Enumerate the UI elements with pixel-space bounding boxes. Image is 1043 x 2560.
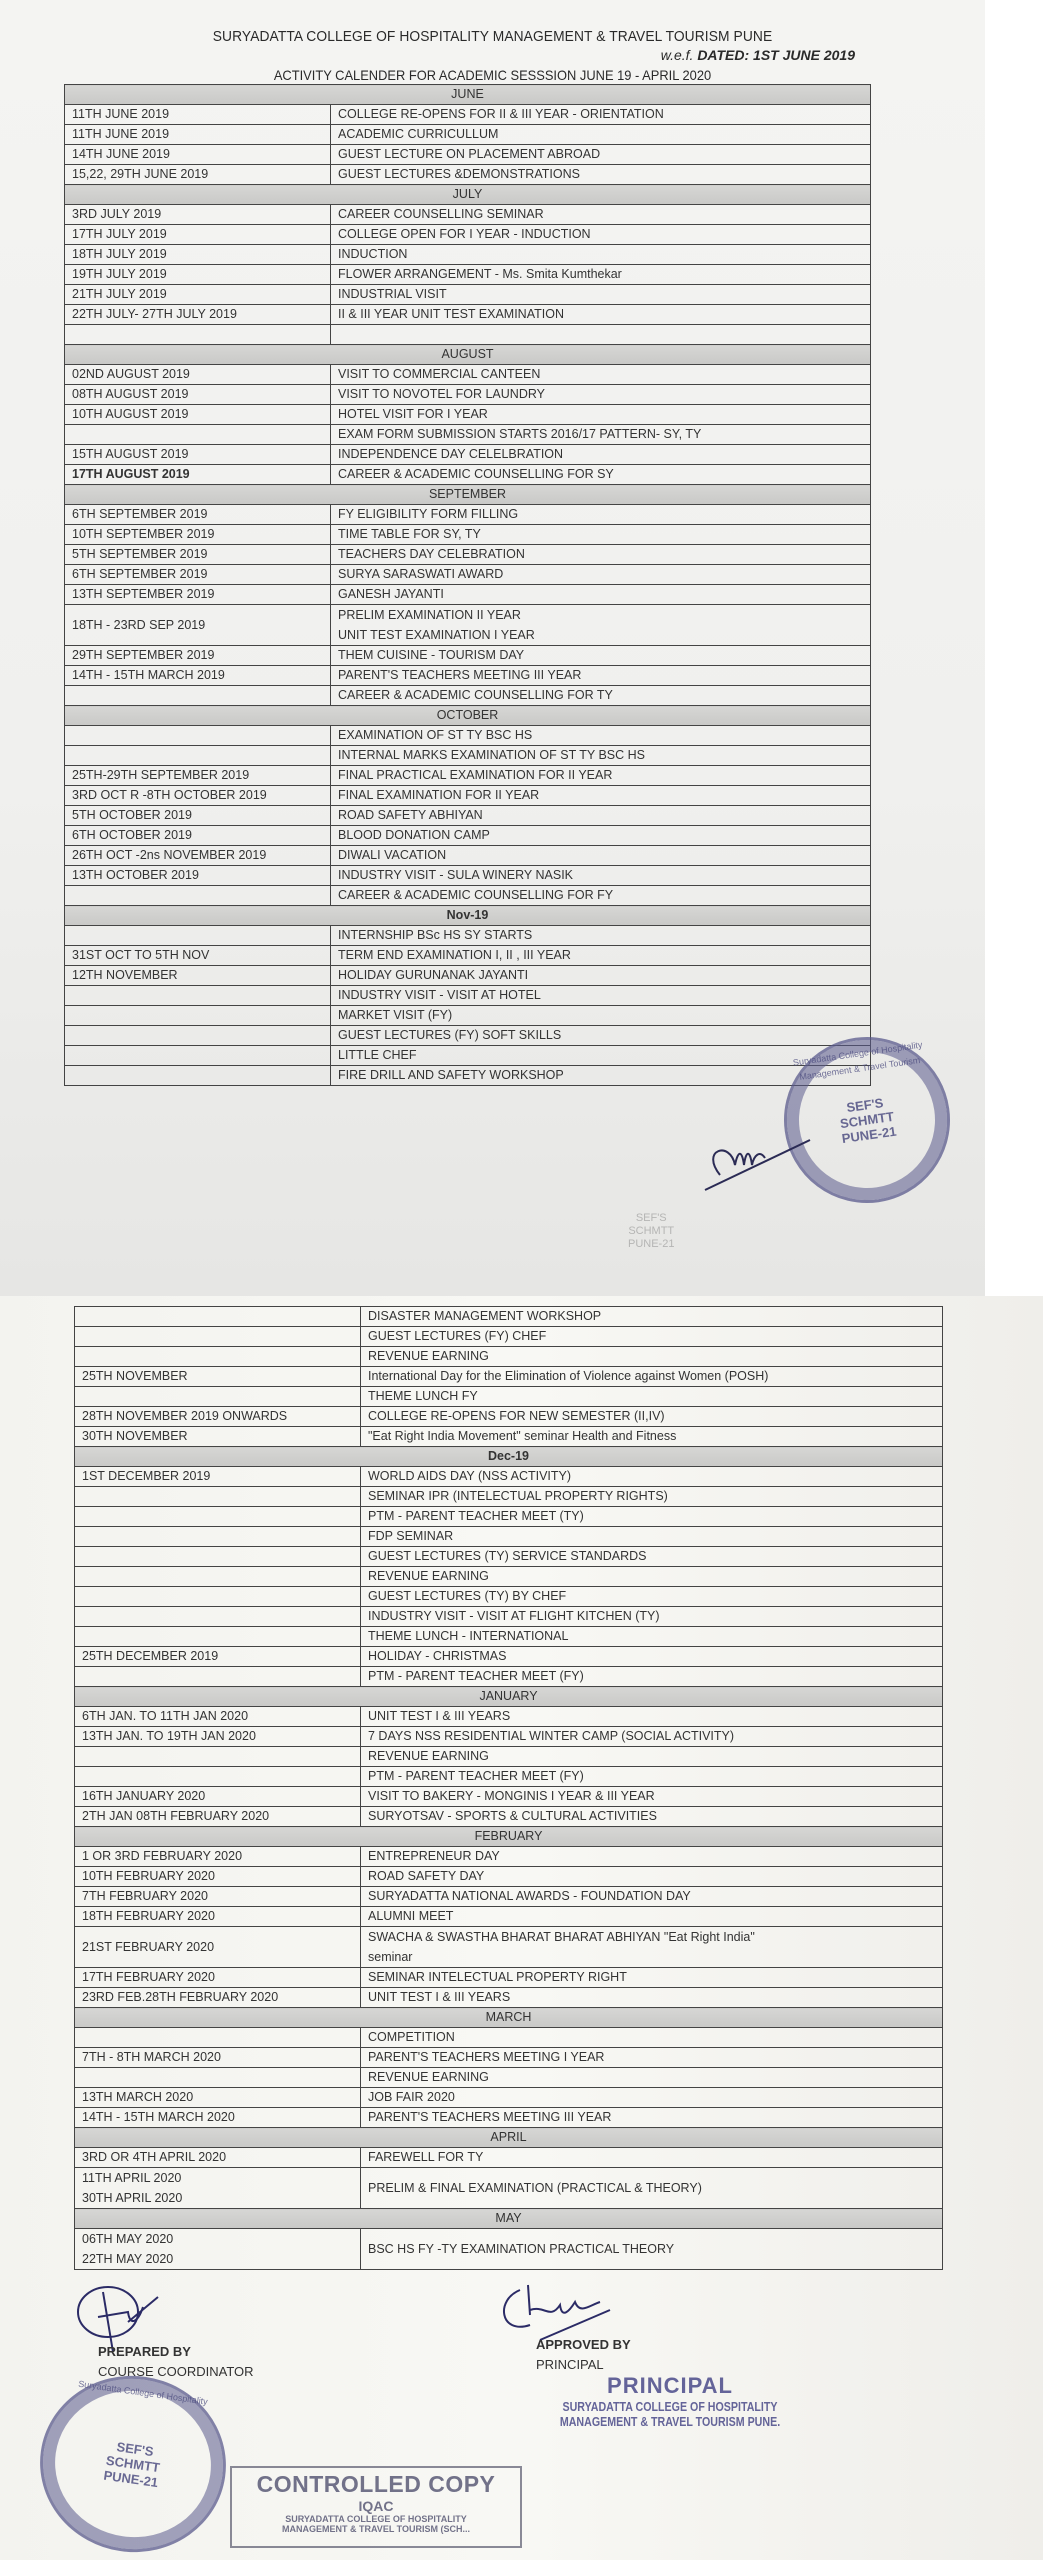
activity-cell: PTM - PARENT TEACHER MEET (TY) [361,1507,943,1527]
table-row: 18TH - 23RD SEP 2019PRELIM EXAMINATION I… [65,605,871,646]
month-header-row: MARCH [75,2008,943,2028]
date-cell: 22TH JULY- 27TH JULY 2019 [65,305,331,325]
ghost-stamp-line: SEF'S [628,1212,674,1225]
date-cell: 3RD OR 4TH APRIL 2020 [75,2148,361,2168]
date-cell: 7TH - 8TH MARCH 2020 [75,2048,361,2068]
activity-cell: SURYADATTA NATIONAL AWARDS - FOUNDATION … [361,1887,943,1907]
date-cell [65,1066,331,1086]
date-cell [75,2028,361,2048]
table-row: 25TH-29TH SEPTEMBER 2019FINAL PRACTICAL … [65,766,871,786]
month-header-row: JULY [65,185,871,205]
faint-stamp-impression: SEF'S SCHMTT PUNE-21 [628,1212,674,1251]
table-row: 22TH JULY- 27TH JULY 2019II & III YEAR U… [65,305,871,325]
table-row: 19TH JULY 2019FLOWER ARRANGEMENT - Ms. S… [65,265,871,285]
controlled-copy-title: CONTROLLED COPY [232,2471,520,2498]
table-row: 6TH JAN. TO 11TH JAN 2020UNIT TEST I & I… [75,1707,943,1727]
activity-cell: GUEST LECTURE ON PLACEMENT ABROAD [331,145,871,165]
table-row: 10TH SEPTEMBER 2019TIME TABLE FOR SY, TY [65,525,871,545]
table-row: 2TH JAN 08TH FEBRUARY 2020SURYOTSAV - SP… [75,1807,943,1827]
activity-cell: TEACHERS DAY CELEBRATION [331,545,871,565]
table-row: 12TH NOVEMBERHOLIDAY GURUNANAK JAYANTI [65,966,871,986]
date-cell: 16TH JANUARY 2020 [75,1787,361,1807]
calendar-page-1: SURYADATTA COLLEGE OF HOSPITALITY MANAGE… [0,0,985,1296]
date-cell: 19TH JULY 2019 [65,265,331,285]
date-cell [65,886,331,906]
date-cell [75,1747,361,1767]
date-line: 06TH MAY 2020 [82,2229,353,2249]
table-row: GUEST LECTURES (TY) BY CHEF [75,1587,943,1607]
table-row: CAREER & ACADEMIC COUNSELLING FOR TY [65,686,871,706]
table-row: 3RD OCT R -8TH OCTOBER 2019FINAL EXAMINA… [65,786,871,806]
wef-dated: DATED: 1ST JUNE 2019 [697,47,855,63]
activity-cell: DIWALI VACATION [331,846,871,866]
date-cell: 14TH JUNE 2019 [65,145,331,165]
activity-cell: TIME TABLE FOR SY, TY [331,525,871,545]
month-header: Dec-19 [75,1447,943,1467]
month-header-row: JANUARY [75,1687,943,1707]
date-cell [65,425,331,445]
table-row: INDUSTRY VISIT - VISIT AT HOTEL [65,986,871,1006]
activity-cell: CAREER & ACADEMIC COUNSELLING FOR FY [331,886,871,906]
activity-cell: INTERNAL MARKS EXAMINATION OF ST TY BSC … [331,746,871,766]
activity-cell: HOLIDAY GURUNANAK JAYANTI [331,966,871,986]
activity-cell: GUEST LECTURES (FY) SOFT SKILLS [331,1026,871,1046]
month-header: JULY [65,185,871,205]
activity-cell: PTM - PARENT TEACHER MEET (FY) [361,1767,943,1787]
approved-role-label: PRINCIPAL [536,2357,604,2372]
date-cell: 17TH FEBRUARY 2020 [75,1968,361,1988]
date-cell: 10TH FEBRUARY 2020 [75,1867,361,1887]
activity-cell: FAREWELL FOR TY [361,2148,943,2168]
date-cell: 31ST OCT TO 5TH NOV [65,946,331,966]
date-cell [65,325,331,345]
date-cell: 06TH MAY 202022TH MAY 2020 [75,2229,361,2270]
table-row: 13TH SEPTEMBER 2019GANESH JAYANTI [65,585,871,605]
table-row: 15,22, 29TH JUNE 2019GUEST LECTURES &DEM… [65,165,871,185]
activity-cell: SURYOTSAV - SPORTS & CULTURAL ACTIVITIES [361,1807,943,1827]
month-header: JANUARY [75,1687,943,1707]
table-row: 11TH JUNE 2019COLLEGE RE-OPENS FOR II & … [65,105,871,125]
table-row [65,325,871,345]
activity-cell: THEME LUNCH - INTERNATIONAL [361,1627,943,1647]
table-row: 17TH JULY 2019COLLEGE OPEN FOR I YEAR - … [65,225,871,245]
activity-cell: COLLEGE RE-OPENS FOR II & III YEAR - ORI… [331,105,871,125]
principal-stamp: PRINCIPAL SURYADATTA COLLEGE OF HOSPITAL… [510,2373,830,2429]
month-header-row: OCTOBER [65,706,871,726]
date-cell [65,1006,331,1026]
date-line: 22TH MAY 2020 [82,2249,353,2269]
date-cell [65,1046,331,1066]
activity-cell: GUEST LECTURES (FY) CHEF [361,1327,943,1347]
table-row: 7TH - 8TH MARCH 2020PARENT'S TEACHERS ME… [75,2048,943,2068]
table-row: 13TH MARCH 2020JOB FAIR 2020 [75,2088,943,2108]
table-row: EXAM FORM SUBMISSION STARTS 2016/17 PATT… [65,425,871,445]
activity-cell: REVENUE EARNING [361,1747,943,1767]
month-header-row: AUGUST [65,345,871,365]
date-cell [65,986,331,1006]
date-cell: 3RD OCT R -8TH OCTOBER 2019 [65,786,331,806]
activity-cell: SWACHA & SWASTHA BHARAT BHARAT ABHIYAN "… [361,1927,943,1968]
month-header: MAY [75,2209,943,2229]
date-cell: 13TH JAN. TO 19TH JAN 2020 [75,1727,361,1747]
activity-cell: HOLIDAY - CHRISTMAS [361,1647,943,1667]
date-cell: 15TH AUGUST 2019 [65,445,331,465]
table-row: 14TH JUNE 2019GUEST LECTURE ON PLACEMENT… [65,145,871,165]
activity-cell: ROAD SAFETY DAY [361,1867,943,1887]
date-cell [75,1347,361,1367]
table-row: EXAMINATION OF ST TY BSC HS [65,726,871,746]
activity-cell: THEM CUISINE - TOURISM DAY [331,646,871,666]
activity-cell: REVENUE EARNING [361,2068,943,2088]
table-row: 14TH - 15TH MARCH 2019PARENT'S TEACHERS … [65,666,871,686]
date-cell [75,1547,361,1567]
activity-cell: UNIT TEST I & III YEARS [361,1988,943,2008]
date-cell: 11TH APRIL 202030TH APRIL 2020 [75,2168,361,2209]
table-row: GUEST LECTURES (FY) SOFT SKILLS [65,1026,871,1046]
activity-cell: INDUSTRY VISIT - VISIT AT HOTEL [331,986,871,1006]
activity-cell: EXAMINATION OF ST TY BSC HS [331,726,871,746]
table-row: 18TH FEBRUARY 2020ALUMNI MEET [75,1907,943,1927]
table-row: 13TH OCTOBER 2019INDUSTRY VISIT - SULA W… [65,866,871,886]
activity-cell: INDUCTION [331,245,871,265]
month-header: AUGUST [65,345,871,365]
date-cell [75,1587,361,1607]
table-row: REVENUE EARNING [75,1747,943,1767]
table-row: 31ST OCT TO 5TH NOVTERM END EXAMINATION … [65,946,871,966]
controlled-copy-sub: IQAC [232,2498,520,2514]
date-cell: 10TH SEPTEMBER 2019 [65,525,331,545]
activity-cell: SEMINAR IPR (INTELECTUAL PROPERTY RIGHTS… [361,1487,943,1507]
table-row: CAREER & ACADEMIC COUNSELLING FOR FY [65,886,871,906]
date-cell: 08TH AUGUST 2019 [65,385,331,405]
table-row: 6TH SEPTEMBER 2019FY ELIGIBILITY FORM FI… [65,505,871,525]
table-row: 13TH JAN. TO 19TH JAN 20207 DAYS NSS RES… [75,1727,943,1747]
activity-cell: SEMINAR INTELECTUAL PROPERTY RIGHT [361,1968,943,1988]
table-row: 11TH APRIL 202030TH APRIL 2020PRELIM & F… [75,2168,943,2209]
date-cell: 3RD JULY 2019 [65,205,331,225]
controlled-copy-line: MANAGEMENT & TRAVEL TOURISM (SCH... [232,2524,520,2534]
effective-date: w.e.f. DATED: 1ST JUNE 2019 [661,47,855,63]
activity-line: SWACHA & SWASTHA BHARAT BHARAT ABHIYAN "… [368,1927,935,1947]
table-row: 7TH FEBRUARY 2020SURYADATTA NATIONAL AWA… [75,1887,943,1907]
activity-table-part-1: JUNE11TH JUNE 2019COLLEGE RE-OPENS FOR I… [64,84,871,1086]
table-row: 25TH NOVEMBERInternational Day for the E… [75,1367,943,1387]
table-row: FIRE DRILL AND SAFETY WORKSHOP [65,1066,871,1086]
activity-cell: PRELIM EXAMINATION II YEARUNIT TEST EXAM… [331,605,871,646]
activity-cell: ACADEMIC CURRICULLUM [331,125,871,145]
approved-by-label: APPROVED BY [536,2337,631,2352]
activity-cell: COLLEGE RE-OPENS FOR NEW SEMESTER (II,IV… [361,1407,943,1427]
date-cell: 5TH SEPTEMBER 2019 [65,545,331,565]
activity-cell: SURYA SARASWATI AWARD [331,565,871,585]
date-cell [75,1607,361,1627]
table-row: 11TH JUNE 2019ACADEMIC CURRICULLUM [65,125,871,145]
table-row: REVENUE EARNING [75,1347,943,1367]
date-cell: 2TH JAN 08TH FEBRUARY 2020 [75,1807,361,1827]
table-row: 21TH JULY 2019INDUSTRIAL VISIT [65,285,871,305]
table-row: REVENUE EARNING [75,2068,943,2088]
activity-cell: INTERNSHIP BSc HS SY STARTS [331,926,871,946]
date-cell [65,746,331,766]
table-row: 17TH AUGUST 2019CAREER & ACADEMIC COUNSE… [65,465,871,485]
table-row: MARKET VISIT (FY) [65,1006,871,1026]
table-row: FDP SEMINAR [75,1527,943,1547]
table-row: 29TH SEPTEMBER 2019THEM CUISINE - TOURIS… [65,646,871,666]
table-row: THEME LUNCH - INTERNATIONAL [75,1627,943,1647]
principal-signature-icon [700,1120,820,1200]
table-row: SEMINAR IPR (INTELECTUAL PROPERTY RIGHTS… [75,1487,943,1507]
date-cell: 30TH NOVEMBER [75,1427,361,1447]
table-row: INTERNSHIP BSc HS SY STARTS [65,926,871,946]
date-cell: 13TH OCTOBER 2019 [65,866,331,886]
date-cell [75,1307,361,1327]
controlled-copy-line: SURYADATTA COLLEGE OF HOSPITALITY [232,2514,520,2524]
month-header: JUNE [65,85,871,105]
month-header-row: APRIL [75,2128,943,2148]
table-row: 02ND AUGUST 2019VISIT TO COMMERCIAL CANT… [65,365,871,385]
activity-cell: ROAD SAFETY ABHIYAN [331,806,871,826]
activity-cell: PTM - PARENT TEACHER MEET (FY) [361,1667,943,1687]
date-cell [75,1327,361,1347]
activity-cell: 7 DAYS NSS RESIDENTIAL WINTER CAMP (SOCI… [361,1727,943,1747]
table-row: 23RD FEB.28TH FEBRUARY 2020UNIT TEST I &… [75,1988,943,2008]
table-row: 17TH FEBRUARY 2020SEMINAR INTELECTUAL PR… [75,1968,943,1988]
activity-cell: VISIT TO BAKERY - MONGINIS I YEAR & III … [361,1787,943,1807]
principal-stamp-line: MANAGEMENT & TRAVEL TOURISM PUNE. [539,2414,801,2429]
table-row: 06TH MAY 202022TH MAY 2020BSC HS FY -TY … [75,2229,943,2270]
activity-cell: GUEST LECTURES &DEMONSTRATIONS [331,165,871,185]
table-row: 25TH DECEMBER 2019HOLIDAY - CHRISTMAS [75,1647,943,1667]
table-row: 3RD JULY 2019CAREER COUNSELLING SEMINAR [65,205,871,225]
table-row: 28TH NOVEMBER 2019 ONWARDSCOLLEGE RE-OPE… [75,1407,943,1427]
activity-cell: FLOWER ARRANGEMENT - Ms. Smita Kumthekar [331,265,871,285]
calendar-subtitle: ACTIVITY CALENDER FOR ACADEMIC SESSSION … [39,67,945,83]
date-cell: 6TH JAN. TO 11TH JAN 2020 [75,1707,361,1727]
month-header-row: MAY [75,2209,943,2229]
date-cell [65,1026,331,1046]
activity-cell: VISIT TO COMMERCIAL CANTEEN [331,365,871,385]
activity-cell: REVENUE EARNING [361,1567,943,1587]
activity-cell: BSC HS FY -TY EXAMINATION PRACTICAL THEO… [361,2229,943,2270]
date-cell: 21TH JULY 2019 [65,285,331,305]
date-cell: 11TH JUNE 2019 [65,125,331,145]
activity-cell: ENTREPRENEUR DAY [361,1847,943,1867]
table-row: INTERNAL MARKS EXAMINATION OF ST TY BSC … [65,746,871,766]
date-cell [75,1767,361,1787]
activity-cell: BLOOD DONATION CAMP [331,826,871,846]
month-header-row: FEBRUARY [75,1827,943,1847]
activity-cell: COLLEGE OPEN FOR I YEAR - INDUCTION [331,225,871,245]
table-row: 5TH OCTOBER 2019ROAD SAFETY ABHIYAN [65,806,871,826]
activity-cell [331,325,871,345]
date-cell [75,1627,361,1647]
activity-cell: COMPETITION [361,2028,943,2048]
table-row: LITTLE CHEF [65,1046,871,1066]
date-cell: 1 OR 3RD FEBRUARY 2020 [75,1847,361,1867]
table-row: DISASTER MANAGEMENT WORKSHOP [75,1307,943,1327]
table-row: 3RD OR 4TH APRIL 2020FAREWELL FOR TY [75,2148,943,2168]
date-cell: 13TH MARCH 2020 [75,2088,361,2108]
date-line: 11TH APRIL 2020 [82,2168,353,2188]
date-cell: 25TH NOVEMBER [75,1367,361,1387]
month-header: Nov-19 [65,906,871,926]
date-cell: 29TH SEPTEMBER 2019 [65,646,331,666]
wef-prefix: w.e.f. [661,47,698,63]
activity-cell: PRELIM & FINAL EXAMINATION (PRACTICAL & … [361,2168,943,2209]
activity-cell: CAREER & ACADEMIC COUNSELLING FOR SY [331,465,871,485]
date-cell: 14TH - 15TH MARCH 2019 [65,666,331,686]
table-row: INDUSTRY VISIT - VISIT AT FLIGHT KITCHEN… [75,1607,943,1627]
table-row: PTM - PARENT TEACHER MEET (FY) [75,1767,943,1787]
month-header: APRIL [75,2128,943,2148]
table-row: GUEST LECTURES (TY) SERVICE STANDARDS [75,1547,943,1567]
table-row: 10TH FEBRUARY 2020ROAD SAFETY DAY [75,1867,943,1887]
date-cell: 11TH JUNE 2019 [65,105,331,125]
activity-cell: CAREER COUNSELLING SEMINAR [331,205,871,225]
activity-cell: PARENT'S TEACHERS MEETING III YEAR [331,666,871,686]
activity-line: UNIT TEST EXAMINATION I YEAR [338,625,863,645]
date-cell [75,2068,361,2088]
table-row: 1ST DECEMBER 2019WORLD AIDS DAY (NSS ACT… [75,1467,943,1487]
activity-cell: ALUMNI MEET [361,1907,943,1927]
activity-cell: EXAM FORM SUBMISSION STARTS 2016/17 PATT… [331,425,871,445]
date-cell: 18TH - 23RD SEP 2019 [65,605,331,646]
activity-cell: DISASTER MANAGEMENT WORKSHOP [361,1307,943,1327]
activity-cell: FDP SEMINAR [361,1527,943,1547]
month-header: FEBRUARY [75,1827,943,1847]
date-cell [75,1507,361,1527]
date-cell: 17TH JULY 2019 [65,225,331,245]
date-cell: 17TH AUGUST 2019 [65,465,331,485]
date-cell: 18TH FEBRUARY 2020 [75,1907,361,1927]
table-row: REVENUE EARNING [75,1567,943,1587]
activity-cell: FY ELIGIBILITY FORM FILLING [331,505,871,525]
month-header-row: Nov-19 [65,906,871,926]
date-cell: 10TH AUGUST 2019 [65,405,331,425]
table-row: 18TH JULY 2019INDUCTION [65,245,871,265]
table-row: 5TH SEPTEMBER 2019TEACHERS DAY CELEBRATI… [65,545,871,565]
table-row: 26TH OCT -2ns NOVEMBER 2019DIWALI VACATI… [65,846,871,866]
month-header: SEPTEMBER [65,485,871,505]
table-row: 30TH NOVEMBER"Eat Right India Movement" … [75,1427,943,1447]
table-row: 21ST FEBRUARY 2020SWACHA & SWASTHA BHARA… [75,1927,943,1968]
date-cell [75,1487,361,1507]
date-cell: 7TH FEBRUARY 2020 [75,1887,361,1907]
table-row: 6TH SEPTEMBER 2019SURYA SARASWATI AWARD [65,565,871,585]
activity-cell: INDUSTRIAL VISIT [331,285,871,305]
date-cell [65,686,331,706]
date-cell: 15,22, 29TH JUNE 2019 [65,165,331,185]
date-cell: 1ST DECEMBER 2019 [75,1467,361,1487]
activity-cell: FINAL PRACTICAL EXAMINATION FOR II YEAR [331,766,871,786]
table-row: 16TH JANUARY 2020VISIT TO BAKERY - MONGI… [75,1787,943,1807]
month-header-row: JUNE [65,85,871,105]
activity-cell: REVENUE EARNING [361,1347,943,1367]
table-row: PTM - PARENT TEACHER MEET (FY) [75,1667,943,1687]
date-cell: 6TH SEPTEMBER 2019 [65,505,331,525]
table-row: 1 OR 3RD FEBRUARY 2020ENTREPRENEUR DAY [75,1847,943,1867]
activity-line: PRELIM EXAMINATION II YEAR [338,605,863,625]
date-cell: 18TH JULY 2019 [65,245,331,265]
table-row: THEME LUNCH FY [75,1387,943,1407]
date-line: 30TH APRIL 2020 [82,2188,353,2208]
date-cell: 5TH OCTOBER 2019 [65,806,331,826]
table-row: 08TH AUGUST 2019VISIT TO NOVOTEL FOR LAU… [65,385,871,405]
ghost-stamp-line: PUNE-21 [628,1238,674,1251]
activity-cell: HOTEL VISIT FOR I YEAR [331,405,871,425]
activity-cell: GUEST LECTURES (TY) SERVICE STANDARDS [361,1547,943,1567]
activity-cell: WORLD AIDS DAY (NSS ACTIVITY) [361,1467,943,1487]
ghost-stamp-line: SCHMTT [628,1225,674,1238]
controlled-copy-stamp: CONTROLLED COPY IQAC SURYADATTA COLLEGE … [230,2466,522,2548]
principal-stamp-title: PRINCIPAL [510,2373,830,2399]
activity-cell: GANESH JAYANTI [331,585,871,605]
date-cell [65,926,331,946]
activity-cell: INDEPENDENCE DAY CELELBRATION [331,445,871,465]
date-cell: 12TH NOVEMBER [65,966,331,986]
college-title: SURYADATTA COLLEGE OF HOSPITALITY MANAGE… [39,28,945,45]
activity-cell: International Day for the Elimination of… [361,1367,943,1387]
activity-cell: INDUSTRY VISIT - SULA WINERY NASIK [331,866,871,886]
date-cell [65,726,331,746]
table-row: COMPETITION [75,2028,943,2048]
activity-cell: UNIT TEST I & III YEARS [361,1707,943,1727]
table-row: 10TH AUGUST 2019HOTEL VISIT FOR I YEAR [65,405,871,425]
date-cell: 23RD FEB.28TH FEBRUARY 2020 [75,1988,361,2008]
date-cell [75,1667,361,1687]
month-header-row: Dec-19 [75,1447,943,1467]
activity-table-part-2: DISASTER MANAGEMENT WORKSHOPGUEST LECTUR… [74,1306,943,2270]
prepared-by-label: PREPARED BY [98,2344,191,2359]
activity-cell: PARENT'S TEACHERS MEETING I YEAR [361,2048,943,2068]
table-row: 15TH AUGUST 2019INDEPENDENCE DAY CELELBR… [65,445,871,465]
date-cell [75,1567,361,1587]
table-row: 6TH OCTOBER 2019BLOOD DONATION CAMP [65,826,871,846]
date-cell [75,1387,361,1407]
activity-cell: TERM END EXAMINATION I, II , III YEAR [331,946,871,966]
activity-cell: CAREER & ACADEMIC COUNSELLING FOR TY [331,686,871,706]
date-cell: 28TH NOVEMBER 2019 ONWARDS [75,1407,361,1427]
activity-cell: FINAL EXAMINATION FOR II YEAR [331,786,871,806]
activity-cell: MARKET VISIT (FY) [331,1006,871,1026]
date-cell: 21ST FEBRUARY 2020 [75,1927,361,1968]
table-row: GUEST LECTURES (FY) CHEF [75,1327,943,1347]
activity-cell: "Eat Right India Movement" seminar Healt… [361,1427,943,1447]
date-cell: 25TH DECEMBER 2019 [75,1647,361,1667]
prepared-by-text: PREPARED BY [98,2344,191,2359]
activity-cell: PARENT'S TEACHERS MEETING III YEAR [361,2108,943,2128]
activity-cell: INDUSTRY VISIT - VISIT AT FLIGHT KITCHEN… [361,1607,943,1627]
approved-by-text: APPROVED BY [536,2337,631,2352]
activity-cell: GUEST LECTURES (TY) BY CHEF [361,1587,943,1607]
table-row: 14TH - 15TH MARCH 2020PARENT'S TEACHERS … [75,2108,943,2128]
date-cell: 6TH SEPTEMBER 2019 [65,565,331,585]
date-cell: 26TH OCT -2ns NOVEMBER 2019 [65,846,331,866]
date-cell [75,1527,361,1547]
table-row: PTM - PARENT TEACHER MEET (TY) [75,1507,943,1527]
date-cell: 02ND AUGUST 2019 [65,365,331,385]
date-cell: 25TH-29TH SEPTEMBER 2019 [65,766,331,786]
month-header: MARCH [75,2008,943,2028]
activity-cell: JOB FAIR 2020 [361,2088,943,2108]
activity-cell: II & III YEAR UNIT TEST EXAMINATION [331,305,871,325]
date-cell: 14TH - 15TH MARCH 2020 [75,2108,361,2128]
month-header-row: SEPTEMBER [65,485,871,505]
principal-stamp-line: SURYADATTA COLLEGE OF HOSPITALITY [539,2399,801,2414]
activity-cell: VISIT TO NOVOTEL FOR LAUNDRY [331,385,871,405]
date-cell: 13TH SEPTEMBER 2019 [65,585,331,605]
month-header: OCTOBER [65,706,871,726]
